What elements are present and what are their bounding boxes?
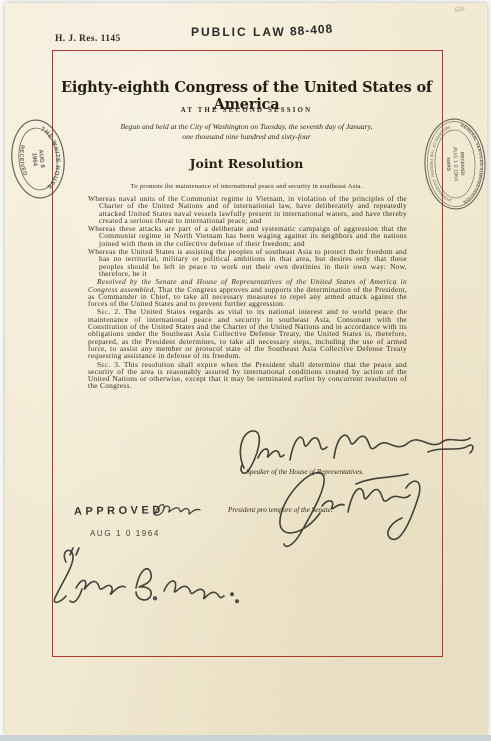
convening-line-2: one thousand nine hundred and sixty-four [52,132,441,141]
paragraph-section-label: Sec. 2. [97,307,121,316]
gsa-received-stamp: GENERAL SERVICES ADMINISTRATION RECEIVED… [421,115,488,213]
pencil-annotation: 62a [454,5,465,14]
resolution-title: Joint Resolution [52,156,441,171]
paragraph-section-label: Sec. 3. [97,360,120,369]
photo-edge [0,735,491,741]
resolution-paragraph: Sec. 2. The United States regards as vit… [88,308,407,359]
paragraph-lead-italic: Resolved by the Senate and House of Repr… [88,277,407,293]
white-house-received-stamp: THE WHITE HOUSE AUG 8 1964 RECEIVED [5,114,71,204]
public-law-number: 88-408 [289,22,333,39]
wh-stamp-arc-bottom: RECEIVED [16,144,28,178]
gsa-stamp-received: RECEIVED [460,152,466,176]
approved-stamp: APPROVED [74,504,164,518]
purpose-line: To promote the maintenance of internatio… [52,183,441,190]
session-line: AT THE SECOND SESSION [52,107,441,114]
wh-stamp-date-1: AUG 8 [37,149,45,169]
bill-number: H. J. Res. 1145 [55,34,121,44]
president-signature [46,546,244,610]
resolution-paragraph: Whereas the United States is assisting t… [88,248,407,277]
public-law-label: PUBLIC LAW [191,25,286,39]
convening-line-1: Begun and held at the City of Washington… [52,122,441,131]
resolution-paragraph: Whereas naval units of the Communist reg… [88,195,407,224]
resolution-body: Whereas naval units of the Communist reg… [88,195,407,391]
resolution-paragraph: Resolved by the Senate and House of Repr… [88,278,407,307]
gsa-stamp-date: AUG 1 0 1964 [451,147,458,181]
approved-date-stamp: AUG 1 0 1964 [90,529,160,538]
public-law-stamp: PUBLIC LAW88-408 [191,25,333,39]
gsa-stamp-nars: NARS [445,157,451,172]
svg-text:RECEIVED: RECEIVED [16,144,28,178]
resolution-paragraph: Sec. 3. This resolution shall expire whe… [88,361,407,390]
senate-title: President pro tempore of the Senate. [228,506,333,514]
document-paper: H. J. Res. 1145 PUBLIC LAW88-408 62a Eig… [5,3,487,735]
resolution-paragraph: Whereas these attacks are part of a deli… [88,225,407,247]
